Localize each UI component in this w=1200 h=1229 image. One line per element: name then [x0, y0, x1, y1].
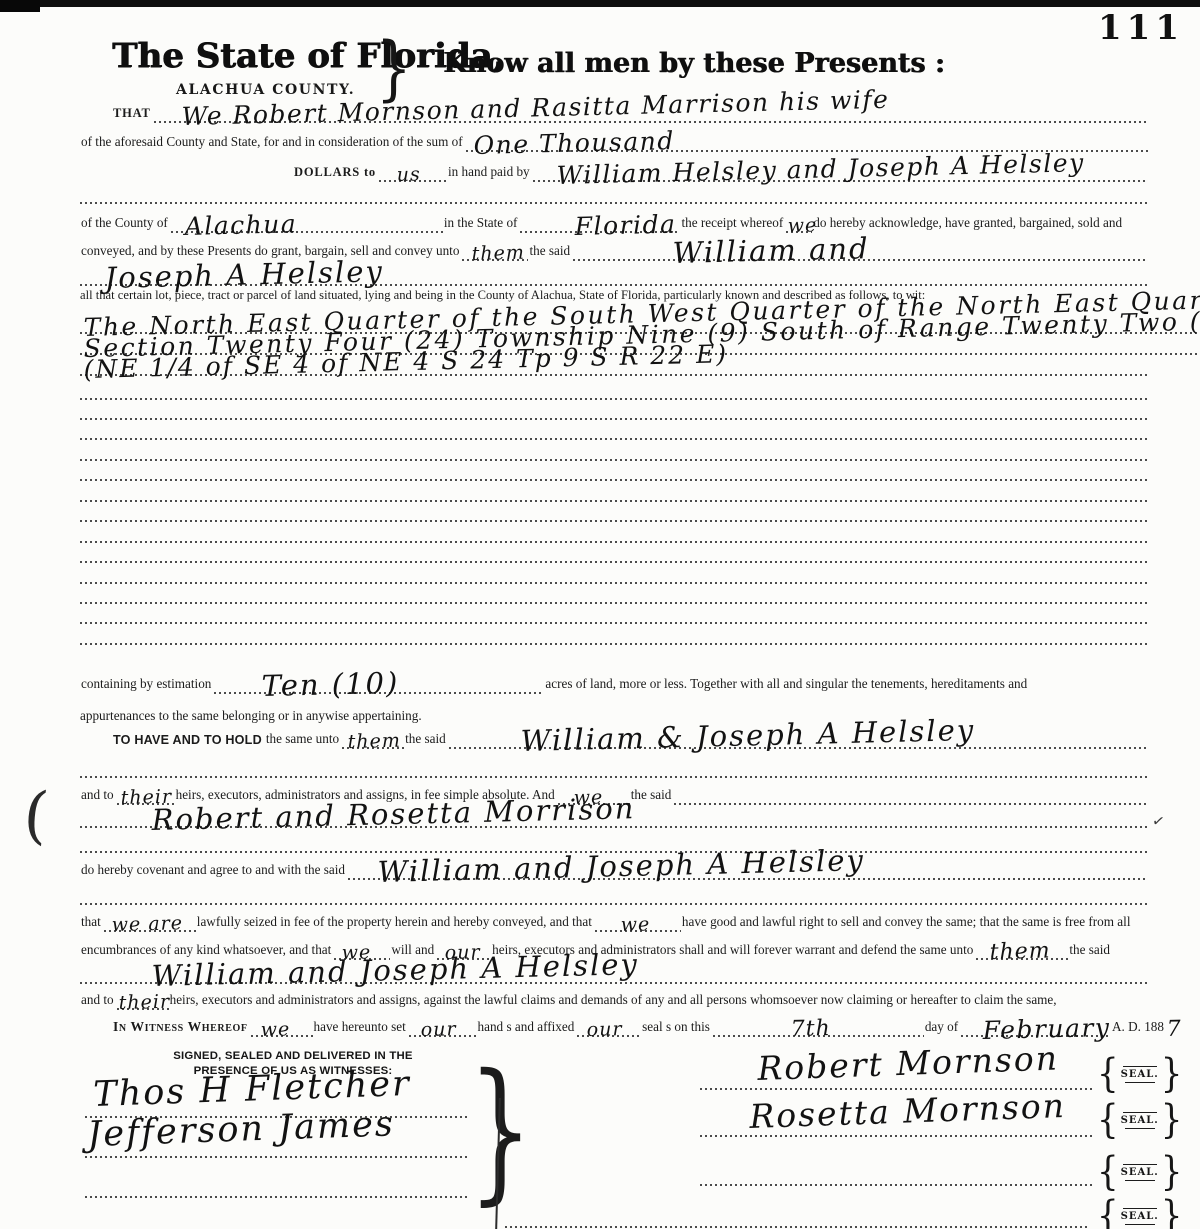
seal-label: SEAL.: [1121, 1211, 1159, 1222]
encumb-them-field: them: [976, 933, 1068, 959]
ruled-line: [80, 500, 1148, 502]
tohave-unto-field: them: [342, 722, 404, 748]
page-number: 111: [1098, 8, 1184, 48]
seized-we-field: we: [595, 905, 681, 931]
tohave-grantees-handwriting: William & Joseph A Helsley: [520, 716, 975, 756]
unto-field: them: [462, 234, 528, 260]
seal-2: { SEAL. }: [1097, 1105, 1182, 1136]
sum-field: One Thousand: [466, 125, 1148, 151]
ww-label6: A. D. 188: [1111, 1019, 1167, 1036]
grantee2-handwriting: Joseph A Helsley: [104, 257, 384, 293]
ww-month-field: February: [961, 1010, 1111, 1036]
tohave-unto-handwriting: them: [348, 732, 402, 752]
containing-label: containing by estimation: [80, 676, 214, 693]
tohave-said-label: the said: [404, 731, 449, 748]
scan-edge-corner: [0, 0, 40, 12]
seal-brace-left: {: [1097, 1199, 1119, 1229]
seal-body: SEAL.: [1121, 1208, 1159, 1225]
ruled-line: [80, 541, 1148, 543]
ww-label3: hand s and affixed: [477, 1019, 578, 1036]
form-line-witness-whereof: In Witness Whereof we have hereunto set …: [80, 1010, 1182, 1036]
grantor-signature-rule-2: [700, 1135, 1092, 1137]
seal-bottom-line: [1125, 1180, 1155, 1181]
seal-1: { SEAL. }: [1097, 1059, 1182, 1090]
witness-signature-2: Jefferson James: [87, 1107, 396, 1153]
form-line-covenant: do hereby covenant and agree to and with…: [80, 853, 1148, 879]
in-hand-label: in hand paid by: [447, 164, 533, 181]
dollars-to-handwriting: us: [397, 165, 421, 185]
form-line-grantee2: Joseph A Helsley: [80, 259, 1148, 285]
county-of-label: of the County of: [80, 215, 171, 232]
acres-label: acres of land, more or less. Together wi…: [544, 676, 1030, 693]
grantor-signature-rule-4: [505, 1226, 1090, 1228]
description-field-3: (NE 1/4 of SE 4 of NE 4 S 24 Tp 9 S R 22…: [80, 349, 1148, 375]
same-unto-label: the same unto: [265, 731, 342, 748]
seal-top-line: [1123, 1164, 1157, 1165]
county-field: Alachua: [171, 206, 443, 232]
ruled-line: [80, 479, 1148, 481]
grantor-signature-2: Rosetta Mornson: [749, 1089, 1067, 1133]
form-line-grantors2: Robert and Rosetta Morrison: [80, 801, 1148, 827]
grantee2-field: Joseph A Helsley: [80, 259, 1148, 285]
ww-our2-handwriting: our: [587, 1020, 623, 1040]
seal-4: { SEAL. }: [1097, 1201, 1182, 1229]
seized-label2: lawfully seized in fee of the property h…: [196, 914, 595, 931]
state-of-label: in the State of: [443, 215, 521, 232]
know-all-heading: Know all men by these Presents :: [443, 48, 945, 79]
witness-whereof-label: In Witness Whereof: [80, 1019, 251, 1036]
unto-handwriting: them: [472, 244, 526, 264]
seal-body: SEAL.: [1121, 1112, 1159, 1129]
form-line-seized: that we are lawfully seized in fee of th…: [80, 905, 1160, 931]
grantor-signature-1: Robert Mornson: [757, 1041, 1060, 1085]
form-line-dollars: DOLLARS to us in hand paid by William He…: [80, 155, 1148, 181]
state-field: Florida: [520, 206, 680, 232]
acknowledge-label: do hereby acknowledge, have granted, bar…: [812, 215, 1125, 232]
seal-brace-left: {: [1097, 1057, 1119, 1092]
grantee3-field: William and Joseph A Helsley: [80, 957, 1148, 983]
andto2-label2: heirs, executors and administrators and …: [169, 992, 1060, 1009]
seal-body: SEAL.: [1121, 1066, 1159, 1083]
witness-signature-rule-3: [85, 1196, 470, 1198]
dollars-label: DOLLARS to: [293, 165, 379, 181]
seal-brace-left: {: [1097, 1155, 1119, 1190]
seal-brace-right: }: [1161, 1155, 1183, 1190]
witness-signature-rule-2: [85, 1156, 470, 1158]
ruled-line: [80, 561, 1148, 563]
that-label: THAT: [80, 106, 154, 122]
form-line-county: of the County of Alachua in the State of…: [80, 206, 1180, 232]
ruled-line: [80, 398, 1148, 400]
the-said-label: the said: [528, 243, 573, 260]
ruled-line: [80, 622, 1148, 624]
county-handwriting: Alachua: [184, 211, 297, 239]
deed-document-page: 111 The State of Florida, ALACHUA COUNTY…: [0, 0, 1200, 1229]
ww-we-field: we: [251, 1010, 313, 1036]
seized-weare-handwriting: we are: [111, 914, 183, 935]
tohave-grantees-field: William & Joseph A Helsley: [449, 722, 1148, 748]
grantors2-field: Robert and Rosetta Morrison: [80, 801, 1148, 827]
ww-year-handwriting: 7: [1166, 1019, 1182, 1041]
ruled-line: [80, 582, 1148, 584]
grantor-signature-rule-3: [700, 1184, 1092, 1186]
andto2-their-handwriting: their: [118, 993, 170, 1013]
sum-handwriting: One Thousand: [473, 128, 675, 158]
seal-bottom-line: [1125, 1224, 1155, 1225]
ww-month-handwriting: February: [983, 1015, 1111, 1043]
seal-brace-left: {: [1097, 1103, 1119, 1138]
covenant-label: do hereby covenant and agree to and with…: [80, 862, 348, 879]
paid-by-field: William Helsley and Joseph A Helsley: [533, 155, 1148, 181]
ruled-line: [80, 459, 1148, 461]
ww-our2-field: our: [577, 1010, 641, 1036]
form-line-tohave: TO HAVE AND TO HOLD the same unto them t…: [80, 722, 1148, 748]
tohave-label: TO HAVE AND TO HOLD: [80, 733, 265, 748]
form-line-grantee3: William and Joseph A Helsley: [80, 957, 1148, 983]
dollars-to-field: us: [379, 155, 447, 181]
ruled-line: [80, 418, 1148, 420]
seal-bottom-line: [1125, 1128, 1155, 1129]
ruled-line: [80, 438, 1148, 440]
witness-brace: }: [468, 1042, 533, 1221]
seal-label: SEAL.: [1121, 1167, 1159, 1178]
andto2-label1: and to: [80, 992, 117, 1009]
seal-brace-right: }: [1161, 1057, 1183, 1092]
state-handwriting: Florida: [575, 212, 677, 239]
seal-body: SEAL.: [1121, 1164, 1159, 1181]
ww-label2: have hereunto set: [313, 1019, 409, 1036]
scan-edge-bar: [0, 0, 1200, 7]
ruled-line: [80, 602, 1148, 604]
seal-brace-right: }: [1161, 1199, 1183, 1229]
grantee-handwriting: William and: [672, 234, 870, 268]
ww-our1-field: our: [409, 1010, 477, 1036]
covenant-field: William and Joseph A Helsley: [348, 853, 1148, 879]
seized-that-label: that: [80, 914, 104, 931]
witness-heading-line1: SIGNED, SEALED AND DELIVERED IN THE: [158, 1049, 428, 1064]
seal-brace-right: }: [1161, 1103, 1183, 1138]
grantors2-handwriting: Robert and Rosetta Morrison: [151, 794, 635, 835]
seized-label3: have good and lawful right to sell and c…: [681, 914, 1134, 931]
ruled-line: [80, 520, 1148, 522]
seal-label: SEAL.: [1121, 1069, 1159, 1080]
ww-day-handwriting: 7th: [790, 1018, 831, 1041]
ww-we-handwriting: we: [260, 1020, 290, 1040]
description-line-3: (NE 1/4 of SE 4 of NE 4 S 24 Tp 9 S R 22…: [80, 349, 1148, 375]
seal-label: SEAL.: [1121, 1115, 1159, 1126]
form-line-containing: containing by estimation Ten (10) acres …: [80, 667, 1180, 693]
seal-top-line: [1123, 1066, 1157, 1067]
acreage-handwriting: Ten (10): [262, 669, 400, 701]
seized-weare-field: we are: [104, 905, 196, 931]
covenant-handwriting: William and Joseph A Helsley: [377, 846, 865, 887]
seal-top-line: [1123, 1112, 1157, 1113]
stray-check-mark: ✓: [1150, 811, 1166, 832]
consideration-label: of the aforesaid County and State, for a…: [80, 134, 466, 151]
grantor-names-field: We Robert Mornson and Rasitta Marrison h…: [154, 96, 1148, 122]
ww-day-field: 7th: [713, 1010, 924, 1036]
encumb-them-handwriting: them: [990, 941, 1051, 964]
ww-label4: seal s on this: [641, 1019, 713, 1036]
seal-3: { SEAL. }: [1097, 1157, 1182, 1188]
stray-pen-mark: (: [21, 777, 51, 852]
seal-top-line: [1123, 1208, 1157, 1209]
ruled-line: [80, 202, 1148, 204]
receipt-field: we: [786, 206, 812, 232]
acreage-field: Ten (10): [214, 667, 544, 693]
seal-bottom-line: [1125, 1082, 1155, 1083]
form-line-that: THAT We Robert Mornson and Rasitta Marri…: [80, 96, 1148, 122]
ww-our1-handwriting: our: [420, 1020, 456, 1040]
receipt-label: the receipt whereof: [680, 215, 786, 232]
seized-we-handwriting: we: [620, 915, 650, 935]
ww-label5: day of: [924, 1019, 961, 1036]
ruled-line: [80, 643, 1148, 645]
andto1-their-field: their: [117, 778, 175, 804]
